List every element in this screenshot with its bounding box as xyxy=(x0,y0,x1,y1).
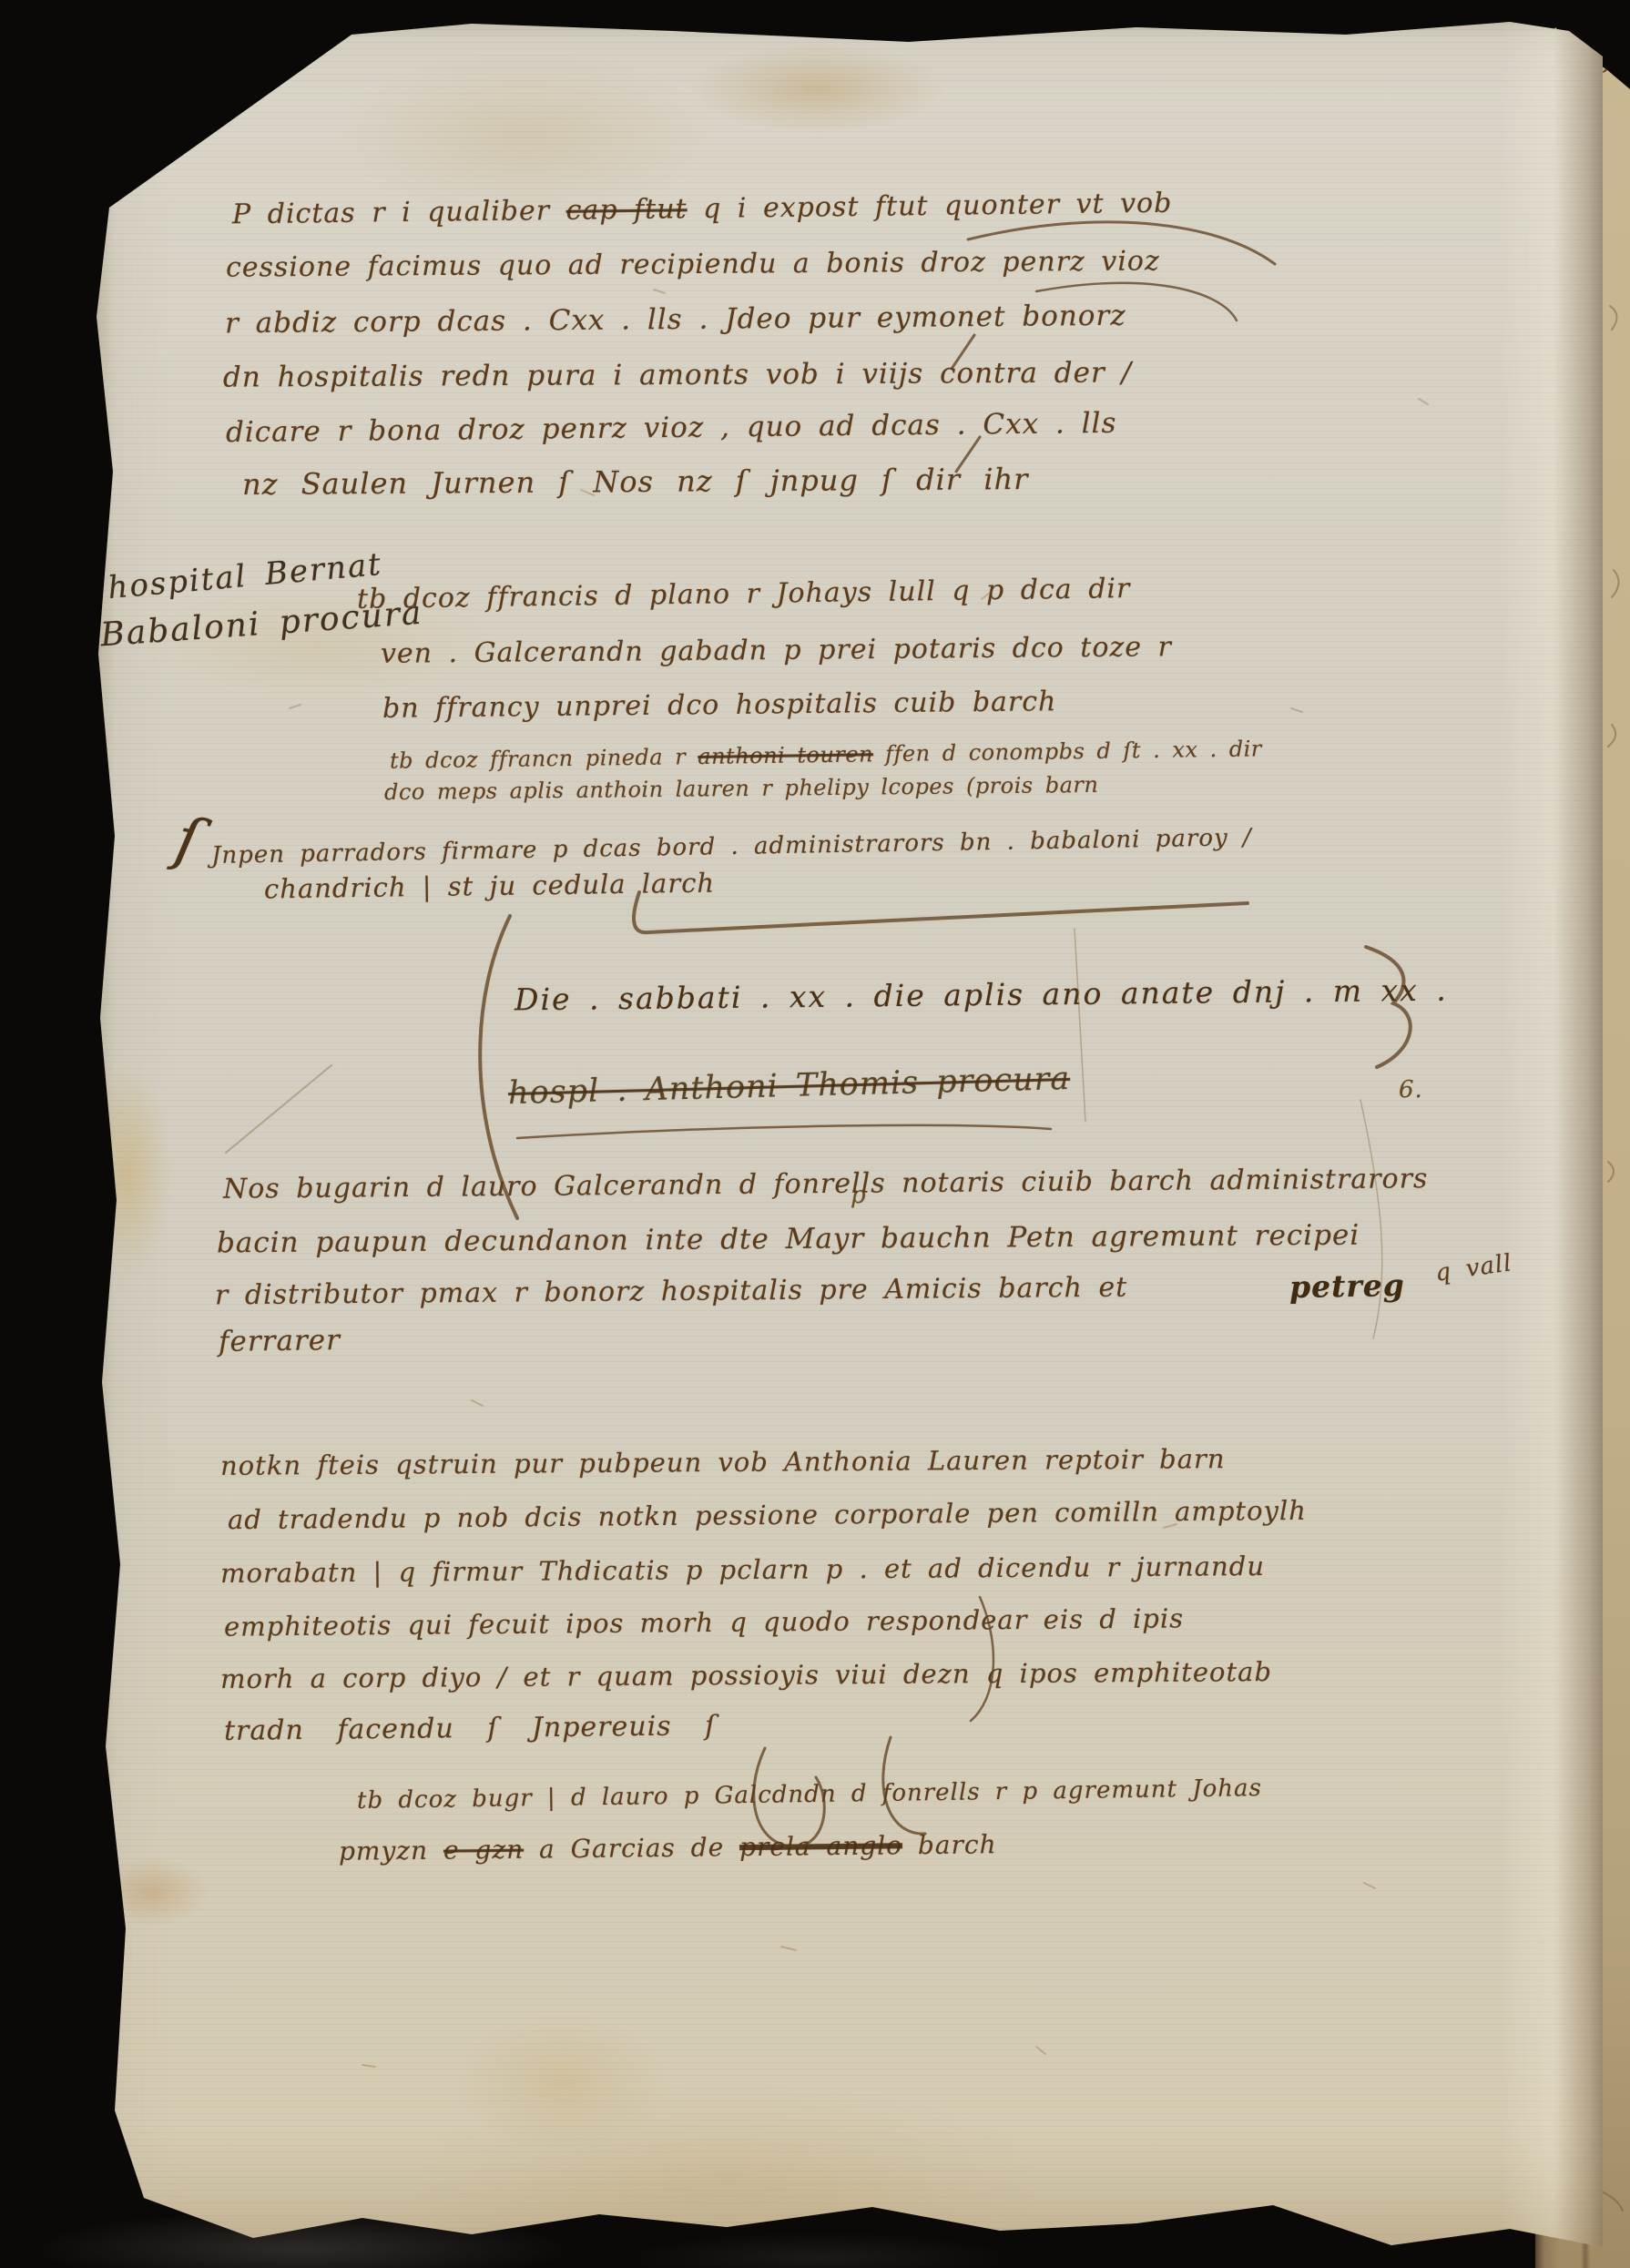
manuscript-line: chandrich | st ju cedula larch xyxy=(264,870,715,903)
manuscript-line: notkn fteis qstruin pur pubpeun vob Anth… xyxy=(220,1446,1226,1480)
manuscript-line: P dictas r i qualiber cap ftut q i expos… xyxy=(232,190,1173,229)
manuscript-line: tb dcoz bugr | d lauro p Galcdndn d fonr… xyxy=(357,1776,1262,1813)
struck-text: cap ftut xyxy=(565,193,687,227)
manuscript-line: emphiteotis qui fecuit ipos morh q quodo… xyxy=(224,1605,1184,1640)
emphasized-word: petreg xyxy=(1289,1270,1405,1302)
margin-note-line: hospital Bernat xyxy=(107,549,383,604)
manuscript-line-small: dco meps aplis anthoin lauren r phelipy … xyxy=(384,774,1099,803)
line-text: barch xyxy=(902,1829,997,1860)
manuscript-line: ad tradendu p nob dcis notkn pessione co… xyxy=(228,1498,1307,1533)
manuscript-line: bn ffrancy unprei dco hospitalis cuib ba… xyxy=(382,688,1057,723)
manuscript-line: ferrarer xyxy=(219,1327,341,1357)
manuscript-photograph: ✝ 86 P dictas r i qualiber cap ftut q i … xyxy=(0,0,1630,2268)
struck-text: anthoni touren xyxy=(698,741,873,769)
manuscript-line: morabatn | q firmur Thdicatis p pclarn p… xyxy=(220,1553,1265,1587)
folio-cross-mark: ✝ xyxy=(1599,34,1616,55)
paragraph-mark: ſ xyxy=(170,809,206,872)
manuscript-line: tradn facendu ſ Jnpereuis ſ xyxy=(224,1713,717,1745)
manuscript-line: pmyzn e gzn a Garcias de prela anglo bar… xyxy=(339,1832,997,1865)
line-text: pmyzn xyxy=(339,1836,443,1866)
manuscript-line: nz Saulen Jurnen ſ Nos nz ſ jnpug ſ dir … xyxy=(242,464,1029,499)
manuscript-line: tb dcoz ffrancis d plano r Johays lull q… xyxy=(357,575,1131,614)
manuscript-page: P dictas r i qualiber cap ftut q i expos… xyxy=(89,16,1603,2247)
manuscript-line: morh a corp diyo / et r quam possioyis v… xyxy=(220,1659,1272,1693)
line-text: ffen d conompbs d ſt . xx . dir xyxy=(873,736,1262,767)
line-text: q i expost ftut quonter vt vob xyxy=(687,188,1172,226)
manuscript-line: dn hospitalis redn pura i amonts vob i v… xyxy=(223,359,1132,392)
superscript-words: q vall xyxy=(1434,1251,1514,1286)
manuscript-line-small: tb dcoz ffrancn pineda r anthoni touren … xyxy=(390,737,1262,771)
manuscript-line: ven . Galcerandn gabadn p prei potaris d… xyxy=(381,634,1172,668)
manuscript-line: dicare r bona droz penrz vioz , quo ad d… xyxy=(226,410,1117,447)
struck-text: e gzn xyxy=(443,1835,525,1866)
manuscript-line: bacin paupun decundanon inte dte Mayr ba… xyxy=(217,1222,1360,1258)
line-text: P dictas r i qualiber xyxy=(232,195,566,230)
line-text: a Garcias de xyxy=(524,1832,739,1864)
manuscript-line: cessione facimus quo ad recipiendu a bon… xyxy=(226,248,1160,281)
manuscript-line: Nos bugarin d lauro Galcerandn d fonrell… xyxy=(223,1165,1429,1204)
date-post-mark: 6. xyxy=(1399,1078,1423,1102)
date-line: Die . sabbati . xx . die aplis ano anate… xyxy=(514,975,1448,1015)
struck-text: prela anglo xyxy=(739,1830,902,1862)
cancelled-heading: hospl . Anthoni Thomis procura xyxy=(508,1063,1071,1110)
manuscript-line: r distributor pmax r bonorz hospitalis p… xyxy=(215,1275,1127,1310)
manuscript-line: Jnpen parradors firmare p dcas bord . ad… xyxy=(211,826,1252,868)
manuscript-line: r abdiz corp dcas . Cxx . lls . Jdeo pur… xyxy=(225,302,1126,339)
line-text: tb dcoz ffrancn pineda r xyxy=(390,744,698,774)
pen-flourishes xyxy=(89,16,1603,2247)
